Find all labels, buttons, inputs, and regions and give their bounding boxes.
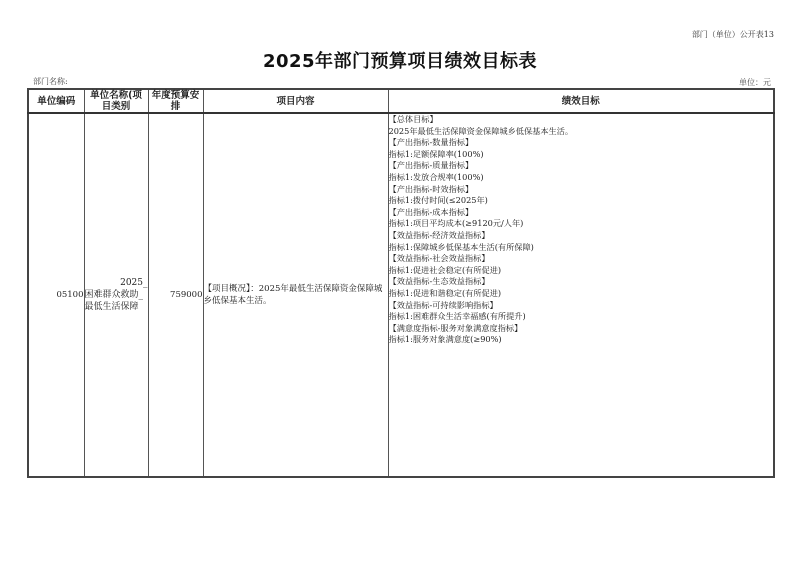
page-title: 2025年部门预算项目绩效目标表 (0, 47, 800, 73)
table-row: 05100 2025_ 困难群众救助_最低生活保障 759000 【项目概况】：… (28, 113, 774, 477)
goal-line: 【产出指标-成本指标】 (389, 207, 774, 219)
goal-line: 指标1:足额保障率(100%) (389, 149, 774, 161)
goal-line: 指标1:困难群众生活幸福感(有所提升) (389, 311, 774, 323)
cell-performance-goals: 【总体目标】 2025年最低生活保障资金保障城乡低保基本生活。 【产出指标-数量… (388, 113, 774, 477)
goal-line: 指标1:服务对象满意度(≥90%) (389, 334, 774, 346)
goal-line: 【效益指标-社会效益指标】 (389, 253, 774, 265)
header-performance-goals: 绩效目标 (388, 89, 774, 113)
unit-name-line2: 困难群众救助_最低生活保障 (85, 290, 144, 312)
goal-line: 指标1:项目平均成本(≥9120元/人年) (389, 218, 774, 230)
goal-line: 指标1:促进社会稳定(有所促进) (389, 265, 774, 277)
goal-line: 【满意度指标-服务对象满意度指标】 (389, 323, 774, 335)
goal-line: 【产出指标-时效指标】 (389, 184, 774, 196)
goal-line: 【总体目标】 (389, 114, 774, 126)
unit-label: 单位：元 (739, 77, 771, 88)
unit-name-line1: 2025_ (85, 277, 148, 289)
goal-line: 指标1:保障城乡低保基本生活(有所保障) (389, 242, 774, 254)
goal-line: 指标1:促进和谐稳定(有所促进) (389, 288, 774, 300)
table-header-row: 单位编码 单位名称(项 目类别 年度预算安 排 项目内容 绩效目标 (28, 89, 774, 113)
header-unit-name: 单位名称(项 目类别 (84, 89, 148, 113)
goal-line: 【产出指标-数量指标】 (389, 137, 774, 149)
header-budget: 年度预算安 排 (148, 89, 203, 113)
header-unit-code: 单位编码 (28, 89, 84, 113)
header-project-content: 项目内容 (203, 89, 388, 113)
cell-budget: 759000 (148, 113, 203, 477)
goal-line: 【效益指标-经济效益指标】 (389, 230, 774, 242)
header-budget-line1: 年度预算安 (152, 90, 200, 101)
goal-line: 指标1:发放合规率(100%) (389, 172, 774, 184)
cell-unit-name: 2025_ 困难群众救助_最低生活保障 (84, 113, 148, 477)
header-unit-name-line1: 单位名称(项 (90, 90, 142, 101)
goal-line: 指标1:拨付时间(≤2025年) (389, 195, 774, 207)
cell-unit-code: 05100 (28, 113, 84, 477)
performance-goals-table: 单位编码 单位名称(项 目类别 年度预算安 排 项目内容 绩效目标 05100 … (27, 88, 775, 478)
goal-line: 【效益指标-生态效益指标】 (389, 276, 774, 288)
cell-project-content: 【项目概况】：2025年最低生活保障资金保障城乡低保基本生活。 (203, 113, 388, 477)
goal-line: 【效益指标-可持续影响指标】 (389, 300, 774, 312)
goal-line: 2025年最低生活保障资金保障城乡低保基本生活。 (389, 126, 774, 138)
header-budget-line2: 排 (171, 101, 181, 112)
department-label: 部门名称: (33, 76, 68, 87)
header-unit-name-line2: 目类别 (102, 101, 131, 112)
form-number: 部门（单位）公开表13 (692, 29, 774, 40)
goal-line: 【产出指标-质量指标】 (389, 160, 774, 172)
